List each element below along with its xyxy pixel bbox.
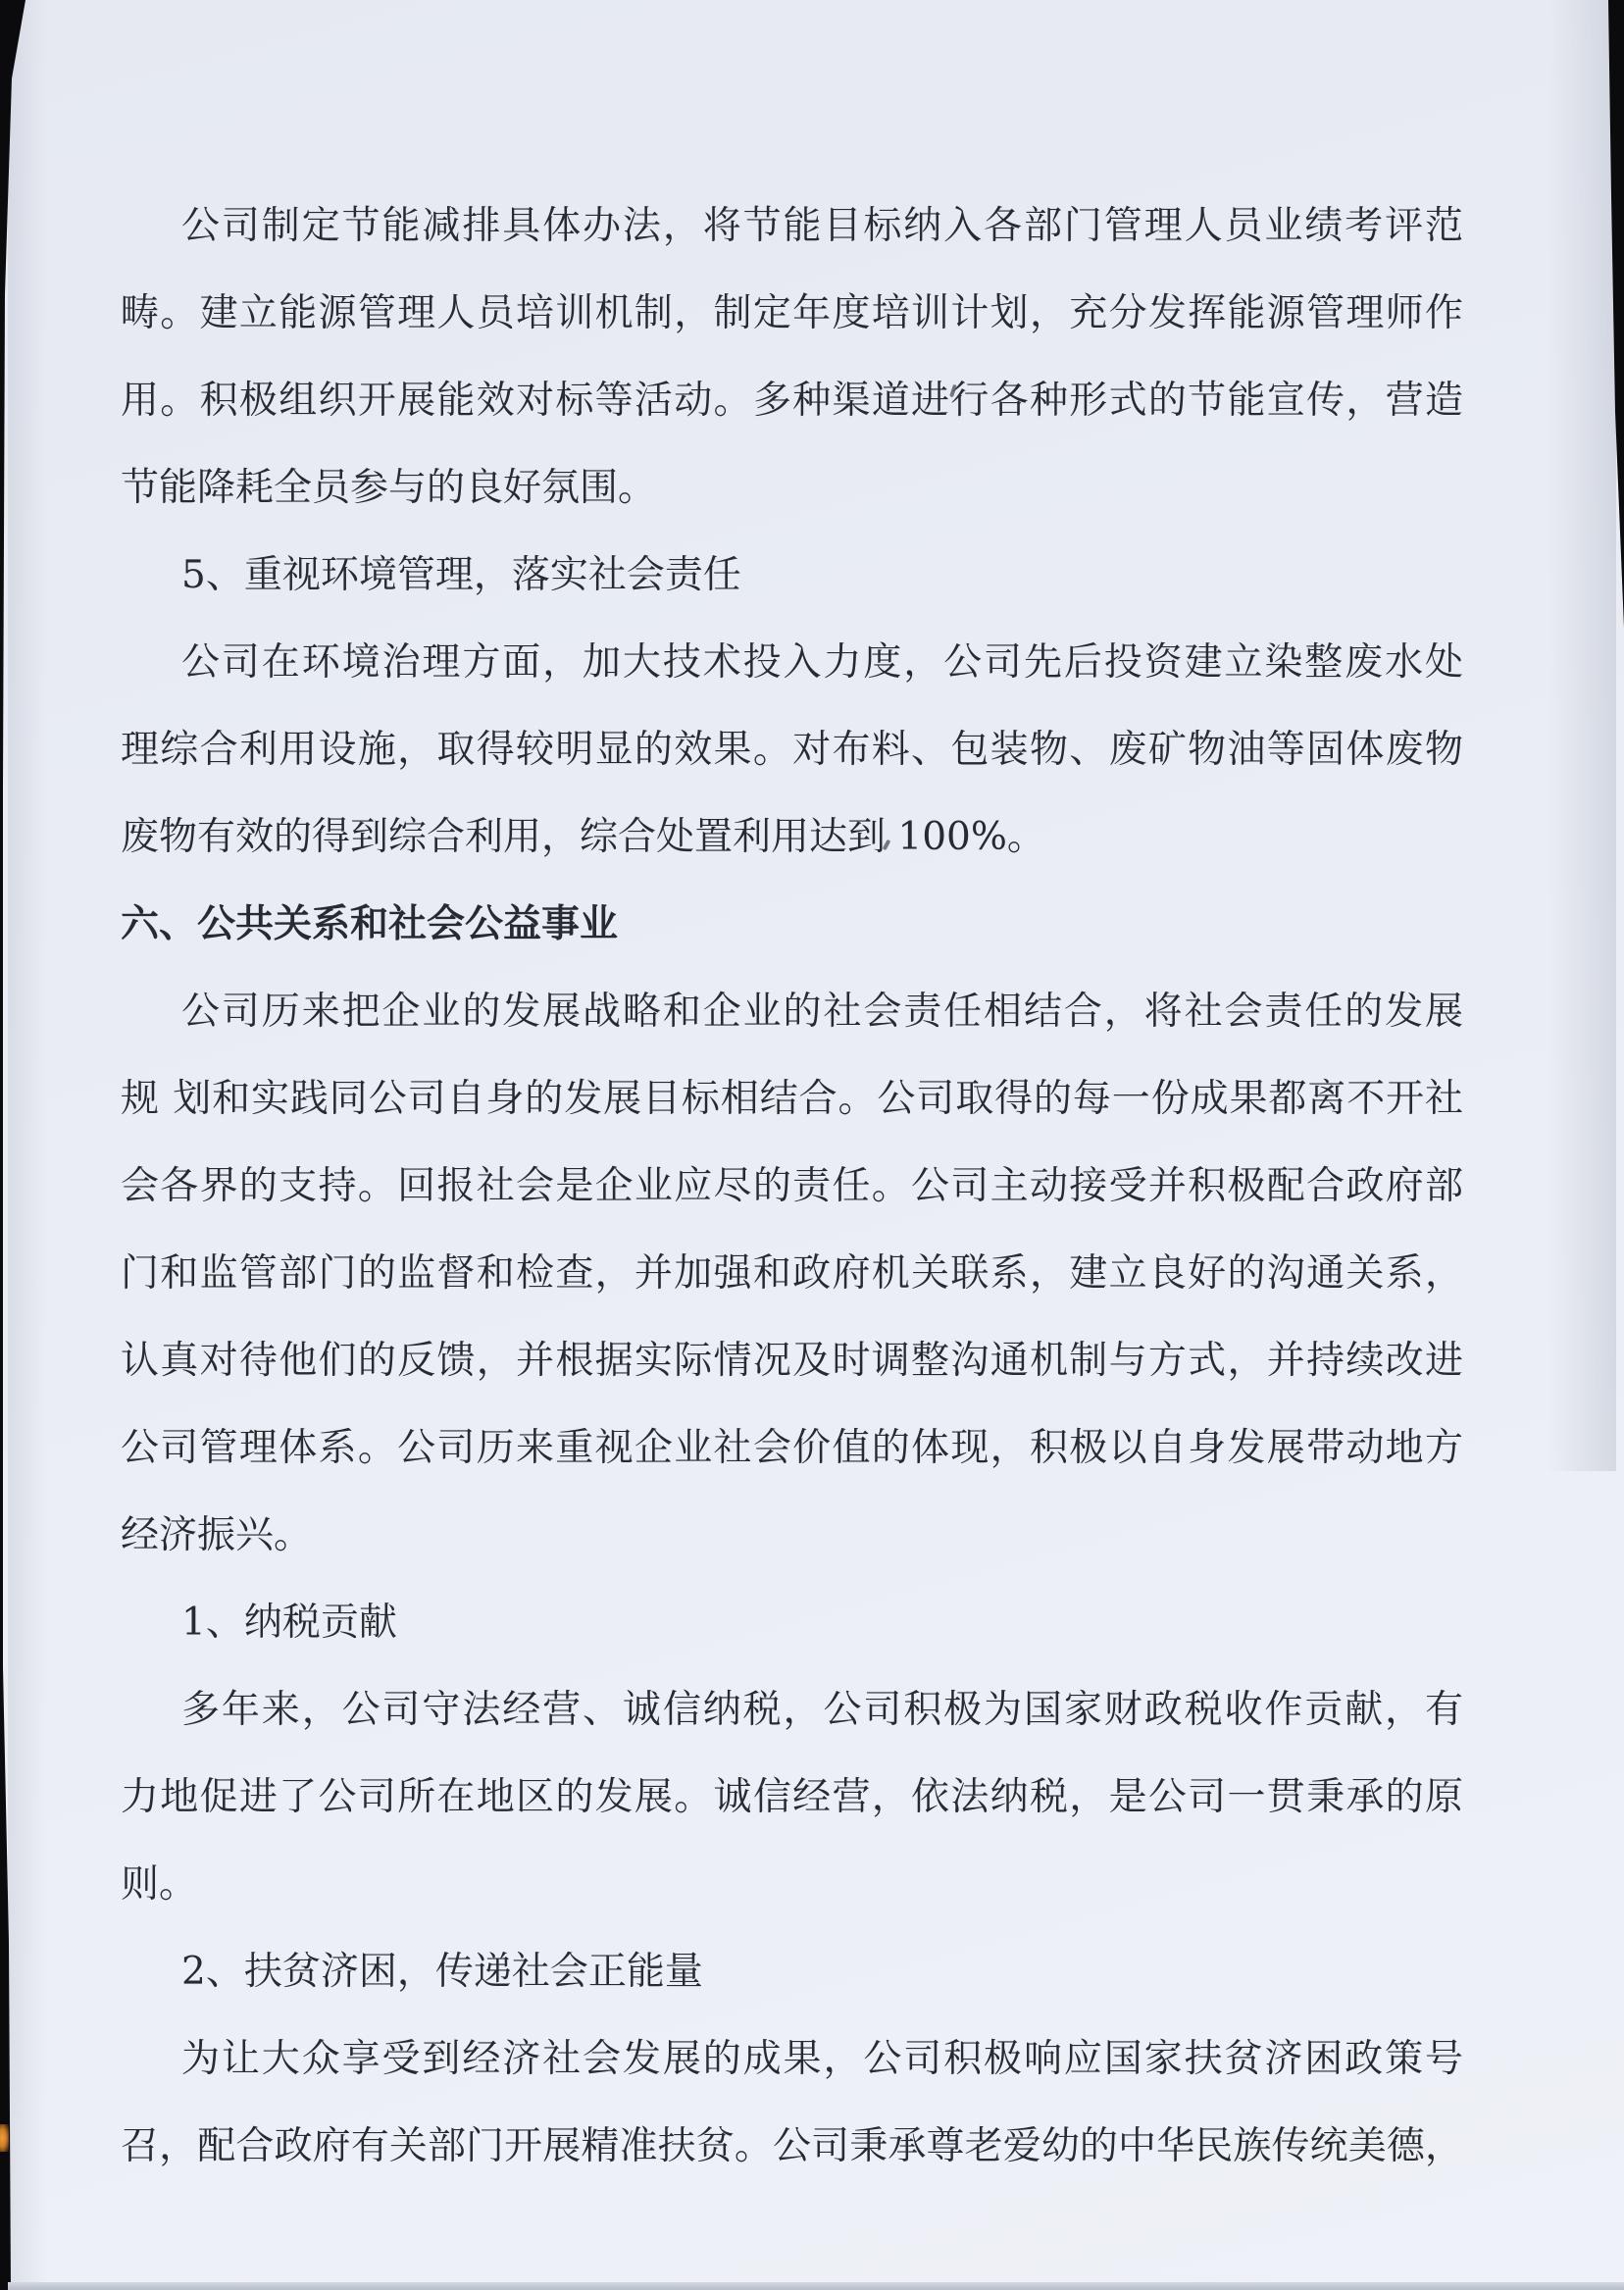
body-line: 则。 bbox=[121, 1841, 1463, 1928]
body-line: 畴。建立能源管理人员培训机制，制定年度培训计划，充分发挥能源管理师作 bbox=[121, 270, 1463, 357]
body-line: 用。积极组织开展能效对标等活动。多种渠道进行各种形式的节能宣传，营造 bbox=[121, 357, 1463, 444]
section-heading-line: 六、公共关系和社会公益事业 bbox=[121, 881, 1463, 968]
body-line: 理综合利用设施，取得较明显的效果。对布料、包装物、废矿物油等固体废物 bbox=[121, 706, 1463, 793]
body-line: 公司制定节能减排具体办法，将节能目标纳入各部门管理人员业绩考评范 bbox=[121, 182, 1463, 270]
scan-edge-right bbox=[1602, 0, 1624, 2290]
body-line: 经济振兴。 bbox=[121, 1492, 1463, 1579]
body-line: 认真对待他们的反馈，并根据实际情况及时调整沟通机制与方式，并持续改进 bbox=[121, 1317, 1463, 1404]
body-line: 节能降耗全员参与的良好氛围。 bbox=[121, 444, 1463, 532]
body-line: 废物有效的得到综合利用，综合处置利用达到 100%。 bbox=[121, 793, 1463, 881]
body-line: 为让大众享受到经济社会发展的成果，公司积极响应国家扶贫济困政策号 bbox=[121, 2015, 1463, 2103]
body-line: 公司在环境治理方面，加大技术投入力度，公司先后投资建立染整废水处 bbox=[121, 619, 1463, 706]
subsection-heading-line: 2、扶贫济困，传递社会正能量 bbox=[121, 1928, 1463, 2015]
body-line: 力地促进了公司所在地区的发展。诚信经营，依法纳税，是公司一贯秉承的原 bbox=[121, 1754, 1463, 1841]
paper-shade-left bbox=[8, 0, 47, 2290]
document-body: 公司制定节能减排具体办法，将节能目标纳入各部门管理人员业绩考评范 畴。建立能源管… bbox=[121, 182, 1463, 2190]
subsection-heading-line: 1、纳税贡献 bbox=[121, 1579, 1463, 1666]
body-line: 会各界的支持。回报社会是企业应尽的责任。公司主动接受并积极配合政府部 bbox=[121, 1143, 1463, 1230]
body-line: 召，配合政府有关部门开展精准扶贫。公司秉承尊老爱幼的中华民族传统美德， bbox=[121, 2103, 1463, 2190]
scanned-page: 公司制定节能减排具体办法，将节能目标纳入各部门管理人员业绩考评范 畴。建立能源管… bbox=[0, 0, 1624, 2290]
body-line: 公司管理体系。公司历来重视企业社会价值的体现，积极以自身发展带动地方 bbox=[121, 1404, 1463, 1492]
scan-speck bbox=[0, 2124, 9, 2152]
scan-edge-bottom bbox=[8, 2282, 1624, 2290]
body-line: 门和监管部门的监督和检查，并加强和政府机关联系，建立良好的沟通关系， bbox=[121, 1230, 1463, 1317]
body-line: 公司历来把企业的发展战略和企业的社会责任相结合，将社会责任的发展 bbox=[121, 968, 1463, 1055]
paper-shade-right bbox=[1548, 0, 1616, 1471]
body-line: 多年来，公司守法经营、诚信纳税，公司积极为国家财政税收作贡献，有 bbox=[121, 1666, 1463, 1754]
subsection-heading-line: 5、重视环境管理，落实社会责任 bbox=[121, 532, 1463, 619]
body-line: 规 划和实践同公司自身的发展目标相结合。公司取得的每一份成果都离不开社 bbox=[121, 1055, 1463, 1143]
scan-edge-left bbox=[0, 0, 29, 2290]
